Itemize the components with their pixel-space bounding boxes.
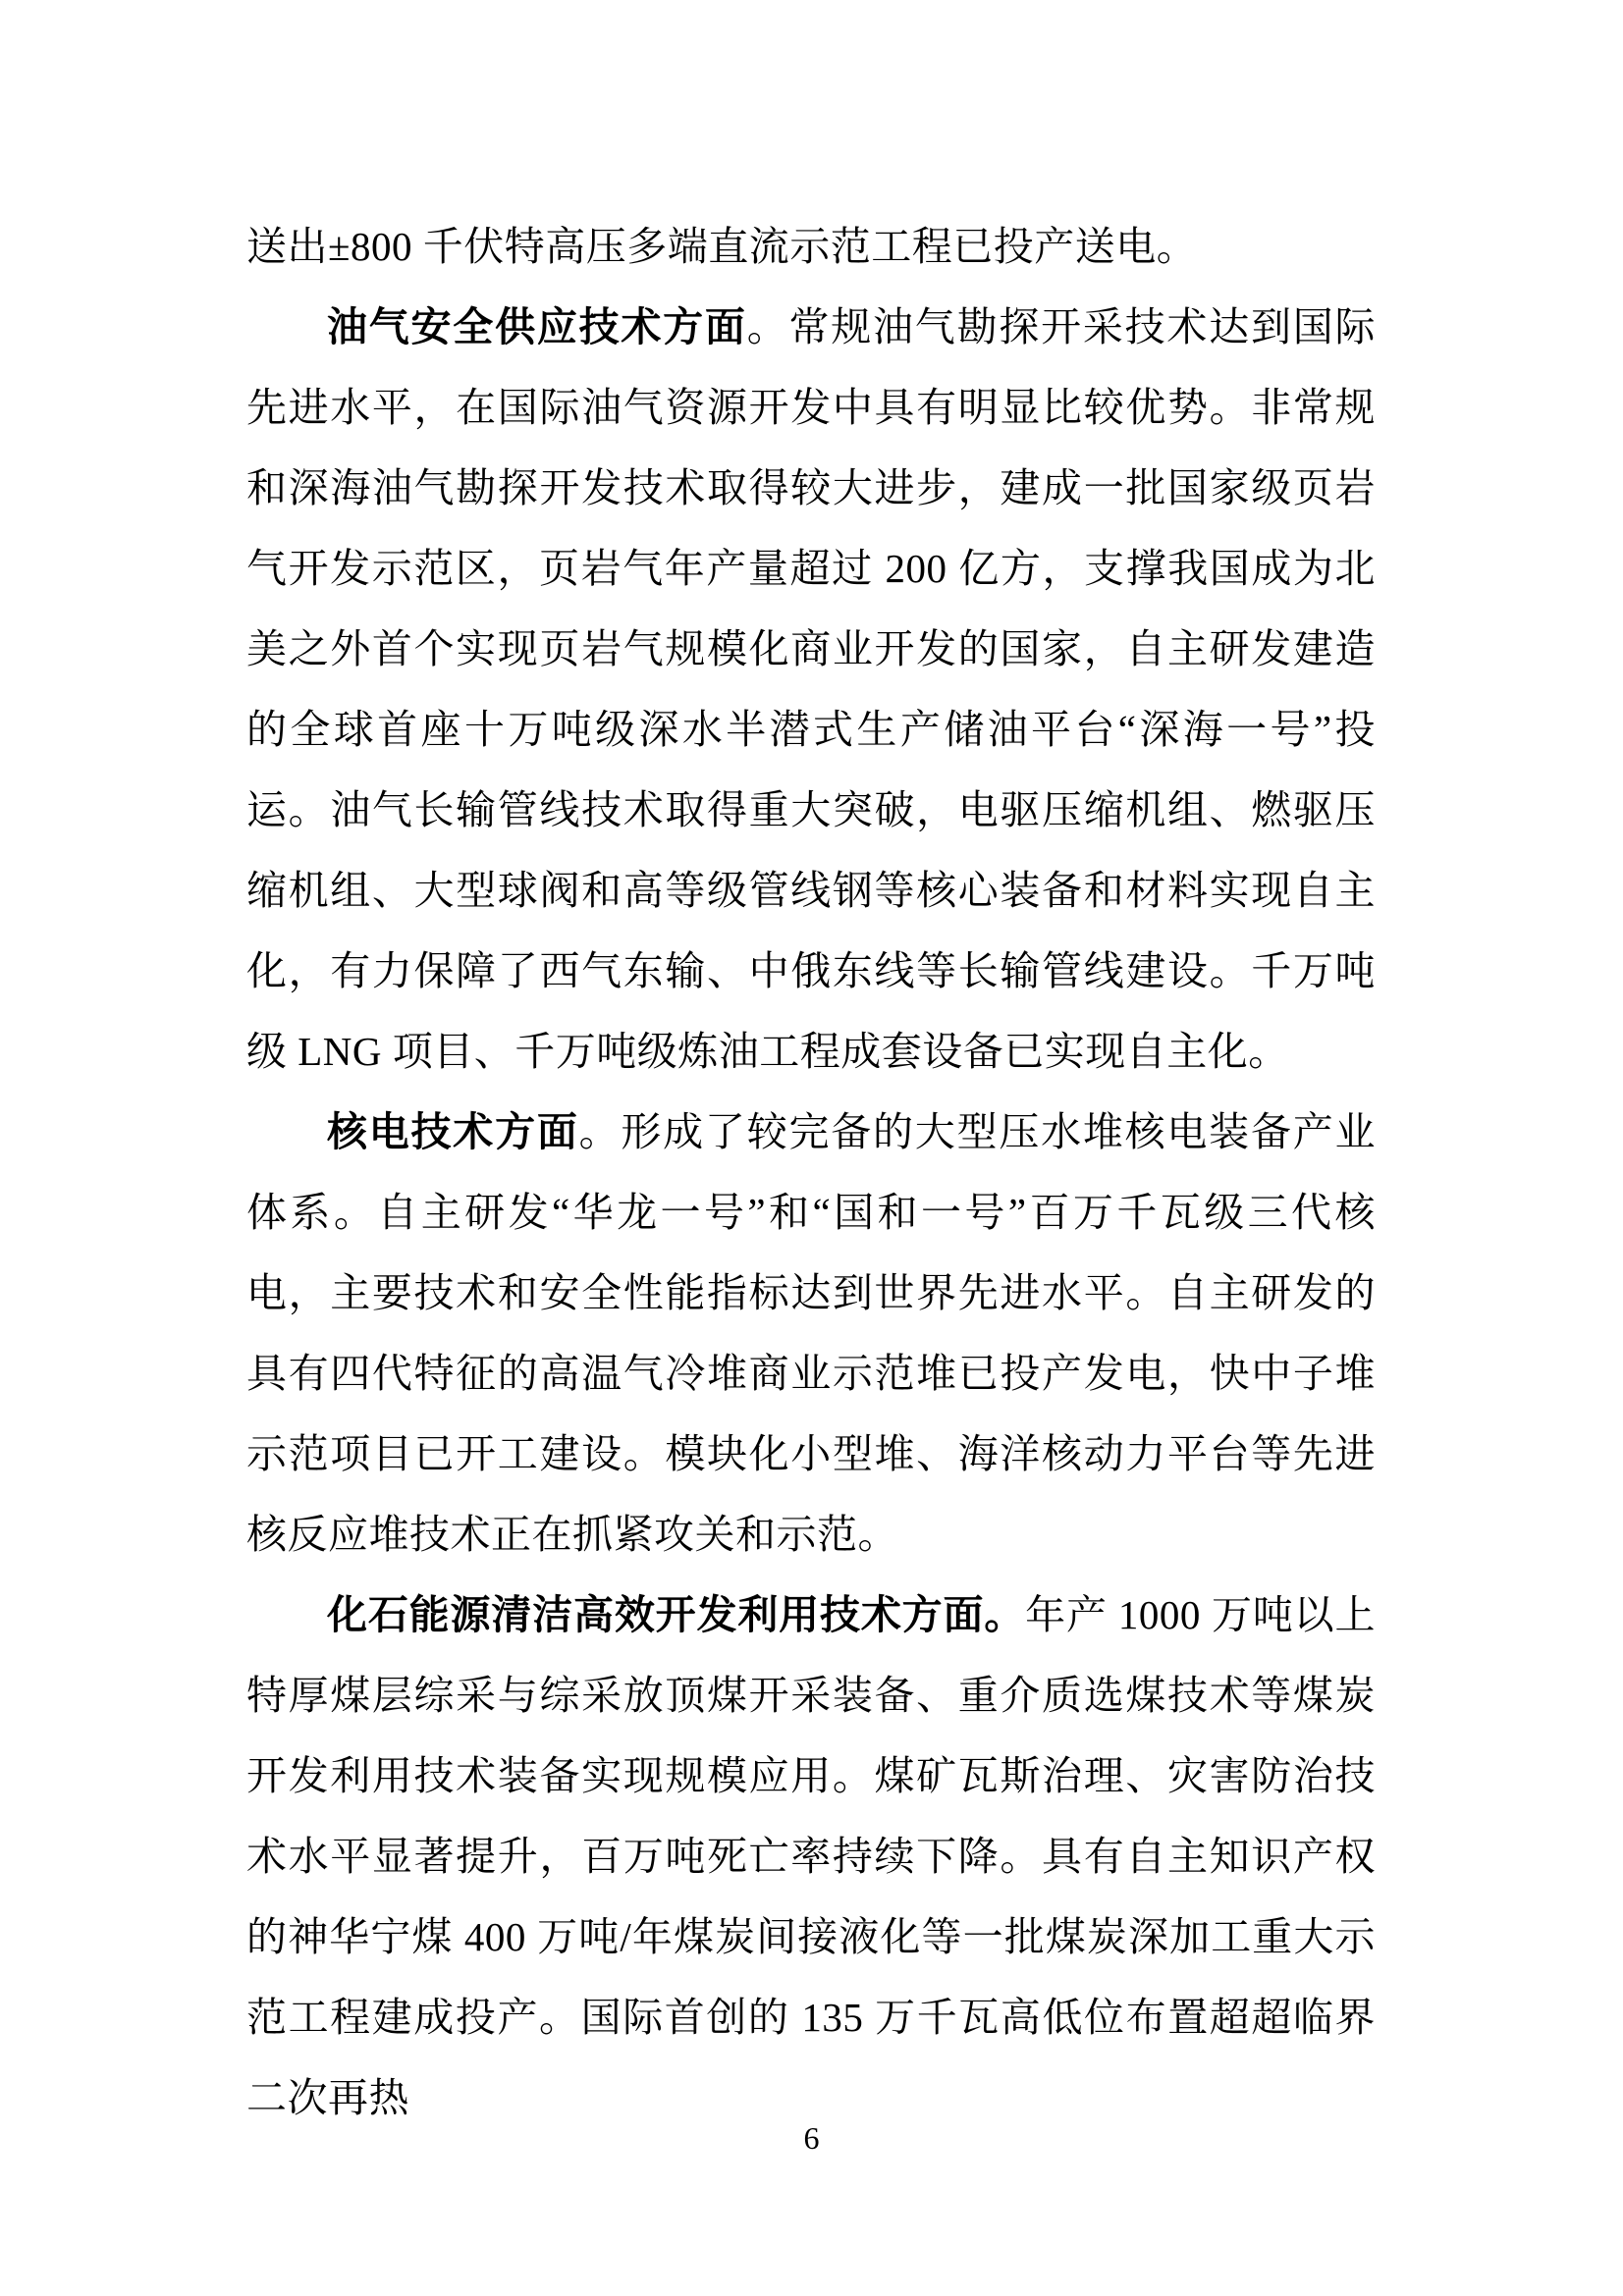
text-segment: 送出±800 千伏特高压多端直流示范工程已投产送电。 bbox=[246, 224, 1197, 269]
paragraph: 送出±800 千伏特高压多端直流示范工程已投产送电。 bbox=[246, 206, 1376, 287]
paragraph: 核电技术方面。形成了较完备的大型压水堆核电装备产业体系。自主研发“华龙一号”和“… bbox=[246, 1092, 1376, 1575]
section-heading: 核电技术方面 bbox=[327, 1109, 579, 1154]
text-segment: 。形成了较完备的大型压水堆核电装备产业体系。自主研发“华龙一号”和“国和一号”百… bbox=[246, 1109, 1376, 1557]
page-number: 6 bbox=[0, 2118, 1623, 2158]
document-page: 送出±800 千伏特高压多端直流示范工程已投产送电。油气安全供应技术方面。常规油… bbox=[0, 0, 1623, 2296]
paragraph: 油气安全供应技术方面。常规油气勘探开采技术达到国际先进水平，在国际油气资源开发中… bbox=[246, 287, 1376, 1092]
document-body: 送出±800 千伏特高压多端直流示范工程已投产送电。油气安全供应技术方面。常规油… bbox=[246, 206, 1376, 2138]
section-heading: 化石能源清洁高效开发利用技术方面。 bbox=[327, 1592, 1025, 1637]
text-segment: 。常规油气勘探开采技术达到国际先进水平，在国际油气资源开发中具有明显比较优势。非… bbox=[246, 304, 1376, 1074]
paragraph: 化石能源清洁高效开发利用技术方面。年产 1000 万吨以上特厚煤层综采与综采放顶… bbox=[246, 1575, 1376, 2138]
section-heading: 油气安全供应技术方面 bbox=[327, 304, 747, 349]
text-segment: 年产 1000 万吨以上特厚煤层综采与综采放顶煤开采装备、重介质选煤技术等煤炭开… bbox=[246, 1592, 1376, 2120]
